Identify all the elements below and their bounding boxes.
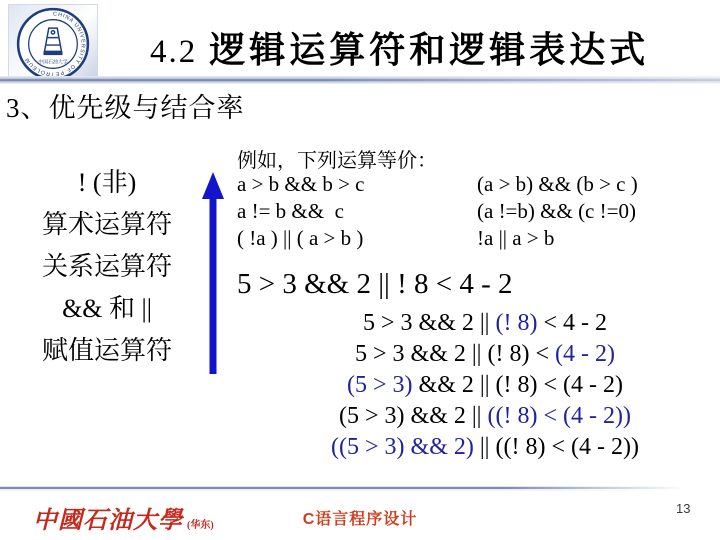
example-label: 例如，下列运算等价：: [237, 144, 437, 173]
derivation-steps: 5 > 3 && 2 || (! 8) < 4 - 25 > 3 && 2 ||…: [250, 308, 720, 463]
precedence-item: 算术运算符: [8, 204, 206, 246]
expression-original: a != b && c: [237, 198, 477, 225]
precedence-item: 赋值运算符: [8, 330, 206, 372]
expression-segment: 5 > 3 && 2 ||: [363, 310, 495, 336]
derivation-line: 5 > 3 && 2 || (! 8) < 4 - 2: [250, 308, 720, 339]
arrow-shape: [202, 172, 224, 374]
expression-segment: ((5 > 3) && 2): [331, 434, 474, 460]
derivation-line: (5 > 3) && 2 || (! 8) < (4 - 2): [250, 370, 720, 401]
page-title: 4.2逻辑运算符和逻辑表达式: [150, 22, 649, 73]
university-seal-icon: CHINA UNIVERSITY OF PETROLEUM 中国石油大学: [16, 7, 90, 81]
expression-segment: < 4 - 2: [537, 310, 607, 336]
course-title: C语言程序设计: [0, 506, 720, 529]
derivation-line: (5 > 3) && 2 || ((! 8) < (4 - 2)): [250, 401, 720, 432]
expression-segment: (4 - 2): [555, 341, 615, 367]
expression-equivalent: !a || a > b: [477, 225, 554, 252]
expression-segment: (5 > 3) && 2 ||: [339, 403, 487, 429]
precedence-item: && 和 ||: [8, 288, 206, 330]
precedence-list: ! (非)算术运算符关系运算符&& 和 ||赋值运算符: [8, 162, 206, 372]
equivalence-row: a != b && c(a !=b) && (c !=0): [237, 198, 717, 225]
page-number: 13: [676, 501, 690, 516]
university-logo: CHINA UNIVERSITY OF PETROLEUM 中国石油大学: [8, 4, 98, 84]
section-heading: 3、优先级与结合率: [6, 86, 245, 125]
expression-equivalent: (a !=b) && (c !=0): [477, 198, 636, 225]
main-expression: 5 > 3 && 2 || ! 8 < 4 - 2: [237, 268, 513, 301]
derivation-line: ((5 > 3) && 2) || ((! 8) < (4 - 2)): [250, 432, 720, 463]
priority-arrow-icon: [198, 172, 228, 374]
equivalence-table: a > b && b > c(a > b) && (b > c )a != b …: [237, 171, 717, 252]
expression-segment: ((! 8) < (4 - 2)): [487, 403, 630, 429]
expression-equivalent: (a > b) && (b > c ): [477, 171, 638, 198]
precedence-item: ! (非): [8, 162, 206, 204]
header-divider: [0, 76, 720, 84]
equivalence-row: ( !a ) || ( a > b )!a || a > b: [237, 225, 717, 252]
precedence-item: 关系运算符: [8, 246, 206, 288]
expression-original: a > b && b > c: [237, 171, 477, 198]
expression-segment: (5 > 3): [347, 372, 413, 398]
logo-seal-text: 中国石油大学: [38, 59, 67, 66]
title-number: 4.2: [150, 34, 197, 70]
expression-segment: && 2 || (! 8) < (4 - 2): [413, 372, 623, 398]
footer-divider: [0, 486, 700, 491]
equivalence-row: a > b && b > c(a > b) && (b > c ): [237, 171, 717, 198]
slide: CHINA UNIVERSITY OF PETROLEUM 中国石油大学 4.2…: [0, 0, 720, 540]
title-text: 逻辑运算符和逻辑表达式: [209, 29, 649, 70]
expression-segment: || ((! 8) < (4 - 2)): [474, 434, 639, 460]
expression-segment: 5 > 3 && 2 || (! 8) <: [355, 341, 555, 367]
derivation-line: 5 > 3 && 2 || (! 8) < (4 - 2): [250, 339, 720, 370]
expression-original: ( !a ) || ( a > b ): [237, 225, 477, 252]
expression-segment: (! 8): [495, 310, 537, 336]
